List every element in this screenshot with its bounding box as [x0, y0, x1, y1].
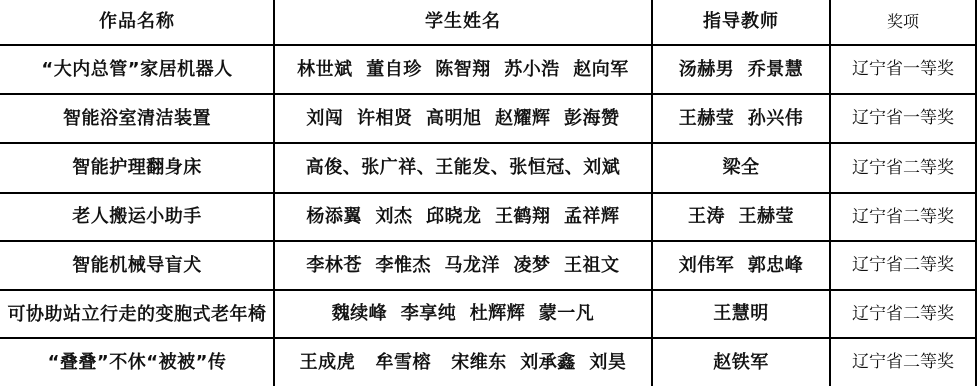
header-advisors: 指导教师	[652, 0, 830, 45]
award-cell: 辽宁省二等奖	[830, 144, 976, 193]
column-divider	[829, 0, 831, 386]
work-name-cell: “大内总管”家居机器人	[0, 46, 274, 94]
advisors-cell: 刘伟军 郭忠峰	[652, 242, 830, 290]
advisors-cell: 汤赫男 乔景慧	[652, 46, 830, 94]
award-cell: 辽宁省二等奖	[830, 291, 976, 338]
advisors-cell: 王涛 王赫莹	[652, 194, 830, 241]
students-cell: 高俊、张广祥、王能发、张恒冠、刘斌	[274, 144, 652, 193]
table-right-border	[975, 0, 977, 386]
students-cell: 王成虎 牟雪榕 宋维东 刘承鑫 刘昊	[274, 339, 652, 387]
work-name-cell: “叠叠”不休“被被”传	[0, 339, 274, 387]
award-cell: 辽宁省二等奖	[830, 242, 976, 290]
column-divider	[651, 0, 653, 386]
header-award: 奖项	[830, 0, 976, 45]
work-name-cell: 老人搬运小助手	[0, 194, 274, 241]
work-name-cell: 可协助站立行走的变胞式老年椅	[0, 291, 274, 338]
students-cell: 杨添翼 刘杰 邱晓龙 王鹤翔 孟祥辉	[274, 194, 652, 241]
award-cell: 辽宁省二等奖	[830, 339, 976, 387]
award-cell: 辽宁省二等奖	[830, 194, 976, 241]
column-divider	[273, 0, 275, 386]
awards-table: 作品名称 学生姓名 指导教师 奖项 “大内总管”家居机器人 林世斌 董自珍 陈智…	[0, 0, 980, 387]
advisors-cell: 王慧明	[652, 291, 830, 338]
work-name-cell: 智能浴室清洁装置	[0, 95, 274, 143]
header-student-names: 学生姓名	[274, 0, 652, 45]
students-cell: 林世斌 董自珍 陈智翔 苏小浩 赵向军	[274, 46, 652, 94]
students-cell: 魏续峰 李享纯 杜辉辉 蒙一凡	[274, 291, 652, 338]
students-cell: 李林苍 李惟杰 马龙洋 凌梦 王祖文	[274, 242, 652, 290]
award-cell: 辽宁省一等奖	[830, 46, 976, 94]
advisors-cell: 梁全	[652, 144, 830, 193]
students-cell: 刘闯 许相贤 高明旭 赵耀辉 彭海赞	[274, 95, 652, 143]
award-cell: 辽宁省一等奖	[830, 95, 976, 143]
advisors-cell: 王赫莹 孙兴伟	[652, 95, 830, 143]
header-work-name: 作品名称	[0, 0, 274, 45]
work-name-cell: 智能护理翻身床	[0, 144, 274, 193]
work-name-cell: 智能机械导盲犬	[0, 242, 274, 290]
advisors-cell: 赵铁军	[652, 339, 830, 387]
